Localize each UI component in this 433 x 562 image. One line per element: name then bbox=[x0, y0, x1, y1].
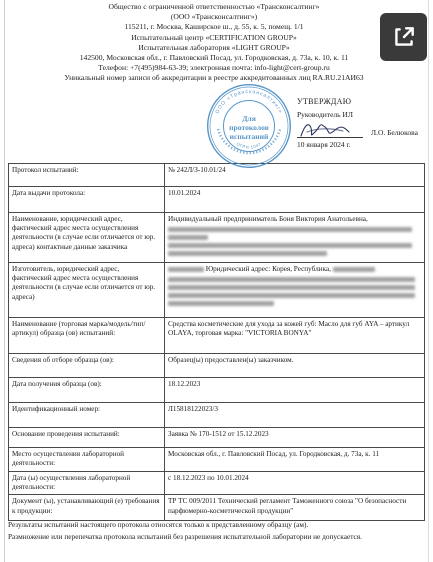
protocol-table: Протокол испытаний: № 242Л/З-10.01/24 Да… bbox=[8, 163, 425, 521]
signature-row: Л.О. Белюкова bbox=[297, 121, 430, 139]
row-label: Наименование (торговая марка/модель/тип/… bbox=[9, 318, 165, 354]
page-left-edge bbox=[4, 0, 5, 562]
row-label: Дата получения образца (ов): bbox=[9, 378, 165, 403]
footer-note-line: Размножение или перепечатка протокола ис… bbox=[8, 531, 425, 543]
row-label: Сведения об отборе образца (ов): bbox=[9, 354, 165, 378]
header-line: Испытательный центр «CERTIFICATION GROUP… bbox=[8, 33, 420, 43]
header-line: Испытательная лаборатория «LIGHT GROUP» bbox=[8, 43, 420, 53]
row-value: Юридический адрес: Корея, Республика, bbox=[165, 263, 425, 318]
table-row: Место осуществления лабораторной деятель… bbox=[9, 448, 425, 472]
footer-note-line: Результаты испытаний настоящего протокол… bbox=[8, 519, 425, 531]
header-line: 115211, г. Москва, Каширское ш., д. 55, … bbox=[8, 22, 420, 32]
stamp-ring-bottom-text: ОГРН 1047 bbox=[236, 141, 263, 149]
external-link-icon bbox=[391, 24, 417, 50]
row-label: Основание проведения испытаний: bbox=[9, 428, 165, 448]
header-line: 142500, Московская обл., г. Павловский П… bbox=[8, 53, 420, 63]
approval-title: УТВЕРЖДАЮ bbox=[297, 97, 430, 106]
row-label: Документ (ы), устанавливающий (е) требов… bbox=[9, 495, 165, 521]
redacted-text bbox=[168, 301, 274, 306]
row-value: с 18.12.2023 по 10.01.2024 bbox=[165, 472, 425, 495]
row-value: Индивидуальный предприниматель Боня Викт… bbox=[165, 213, 425, 263]
row-value: Московская обл., г. Павловский Посад, ул… bbox=[165, 448, 425, 472]
row-label: Изготовитель, юридический адрес, фактиче… bbox=[9, 263, 165, 318]
header-line: (ООО «Трансконсалтинг») bbox=[8, 12, 420, 22]
row-label: Дата (ы) осуществления лабораторной деят… bbox=[9, 472, 165, 495]
table-row: Документ (ы), устанавливающий (е) требов… bbox=[9, 495, 425, 521]
svg-text:ОГРН 1047: ОГРН 1047 bbox=[236, 141, 263, 149]
row-value: Л15818122023/3 bbox=[165, 403, 425, 428]
row-value: 10.01.2024 bbox=[165, 187, 425, 213]
row-label: Идентификационный номер: bbox=[9, 403, 165, 428]
table-row: Сведения об отборе образца (ов): Образец… bbox=[9, 354, 425, 378]
table-row: Наименование, юридический адрес, фактиче… bbox=[9, 213, 425, 263]
signature bbox=[297, 121, 363, 138]
row-value: 18.12.2023 bbox=[165, 378, 425, 403]
manufacturer-address: Юридический адрес: Корея, Республика, bbox=[206, 265, 331, 273]
document-header: Общество с ограниченной ответственностью… bbox=[8, 2, 420, 84]
header-line: Телефон: +7(495)984-63-39; электронная п… bbox=[8, 63, 420, 73]
approval-block: УТВЕРЖДАЮ Руководитель ИЛ Л.О. Белюкова … bbox=[297, 97, 430, 149]
row-label: Дата выдачи протокола: bbox=[9, 187, 165, 213]
row-value: Средства косметические для ухода за коже… bbox=[165, 318, 425, 354]
stamp-center-line1: Для bbox=[242, 114, 256, 123]
row-value: № 242Л/З-10.01/24 bbox=[165, 164, 425, 187]
table-row: Дата выдачи протокола: 10.01.2024 bbox=[9, 187, 425, 213]
redacted-text bbox=[168, 293, 415, 298]
row-value: Заявка № 170-1512 от 15.12.2023 bbox=[165, 428, 425, 448]
redacted-text bbox=[168, 277, 415, 282]
table-row: Изготовитель, юридический адрес, фактиче… bbox=[9, 263, 425, 318]
redacted-text bbox=[168, 285, 415, 290]
row-label: Наименование, юридический адрес, фактиче… bbox=[9, 213, 165, 263]
open-external-button[interactable] bbox=[380, 13, 427, 61]
redacted-text bbox=[168, 243, 412, 248]
approver-name: Л.О. Белюкова bbox=[371, 128, 418, 137]
redacted-text bbox=[168, 251, 327, 256]
header-line: Общество с ограниченной ответственностью… bbox=[8, 2, 420, 12]
table-row: Идентификационный номер: Л15818122023/3 bbox=[9, 403, 425, 428]
row-label: Место осуществления лабораторной деятель… bbox=[9, 448, 165, 472]
stamp-center-line3: испытаний bbox=[230, 132, 269, 141]
redacted-text bbox=[168, 267, 204, 272]
redacted-text bbox=[333, 267, 375, 272]
customer-name: Индивидуальный предприниматель Боня Викт… bbox=[168, 215, 420, 224]
laboratory-stamp: ООО «Трансконсалтинг» ОГРН 1047 Для прот… bbox=[206, 83, 292, 169]
scanned-protocol-page: Общество с ограниченной ответственностью… bbox=[0, 0, 433, 562]
row-value: ТР ТС 009/2011 Технический регламент Там… bbox=[165, 495, 425, 521]
redacted-text bbox=[168, 227, 412, 232]
stamp-center-line2: протоколов bbox=[229, 123, 269, 132]
row-value: Образец(ы) предоставлен(ы) заказчиком. bbox=[165, 354, 425, 378]
table-row: Дата получения образца (ов): 18.12.2023 bbox=[9, 378, 425, 403]
row-label: Протокол испытаний: bbox=[9, 164, 165, 187]
page-right-edge bbox=[428, 0, 429, 562]
manufacturer-line: Юридический адрес: Корея, Республика, bbox=[168, 265, 420, 274]
footer-notes: Результаты испытаний настоящего протокол… bbox=[8, 519, 425, 543]
redacted-text bbox=[168, 235, 208, 240]
table-row: Дата (ы) осуществления лабораторной деят… bbox=[9, 472, 425, 495]
table-row: Основание проведения испытаний: Заявка №… bbox=[9, 428, 425, 448]
table-row: Наименование (торговая марка/модель/тип/… bbox=[9, 318, 425, 354]
